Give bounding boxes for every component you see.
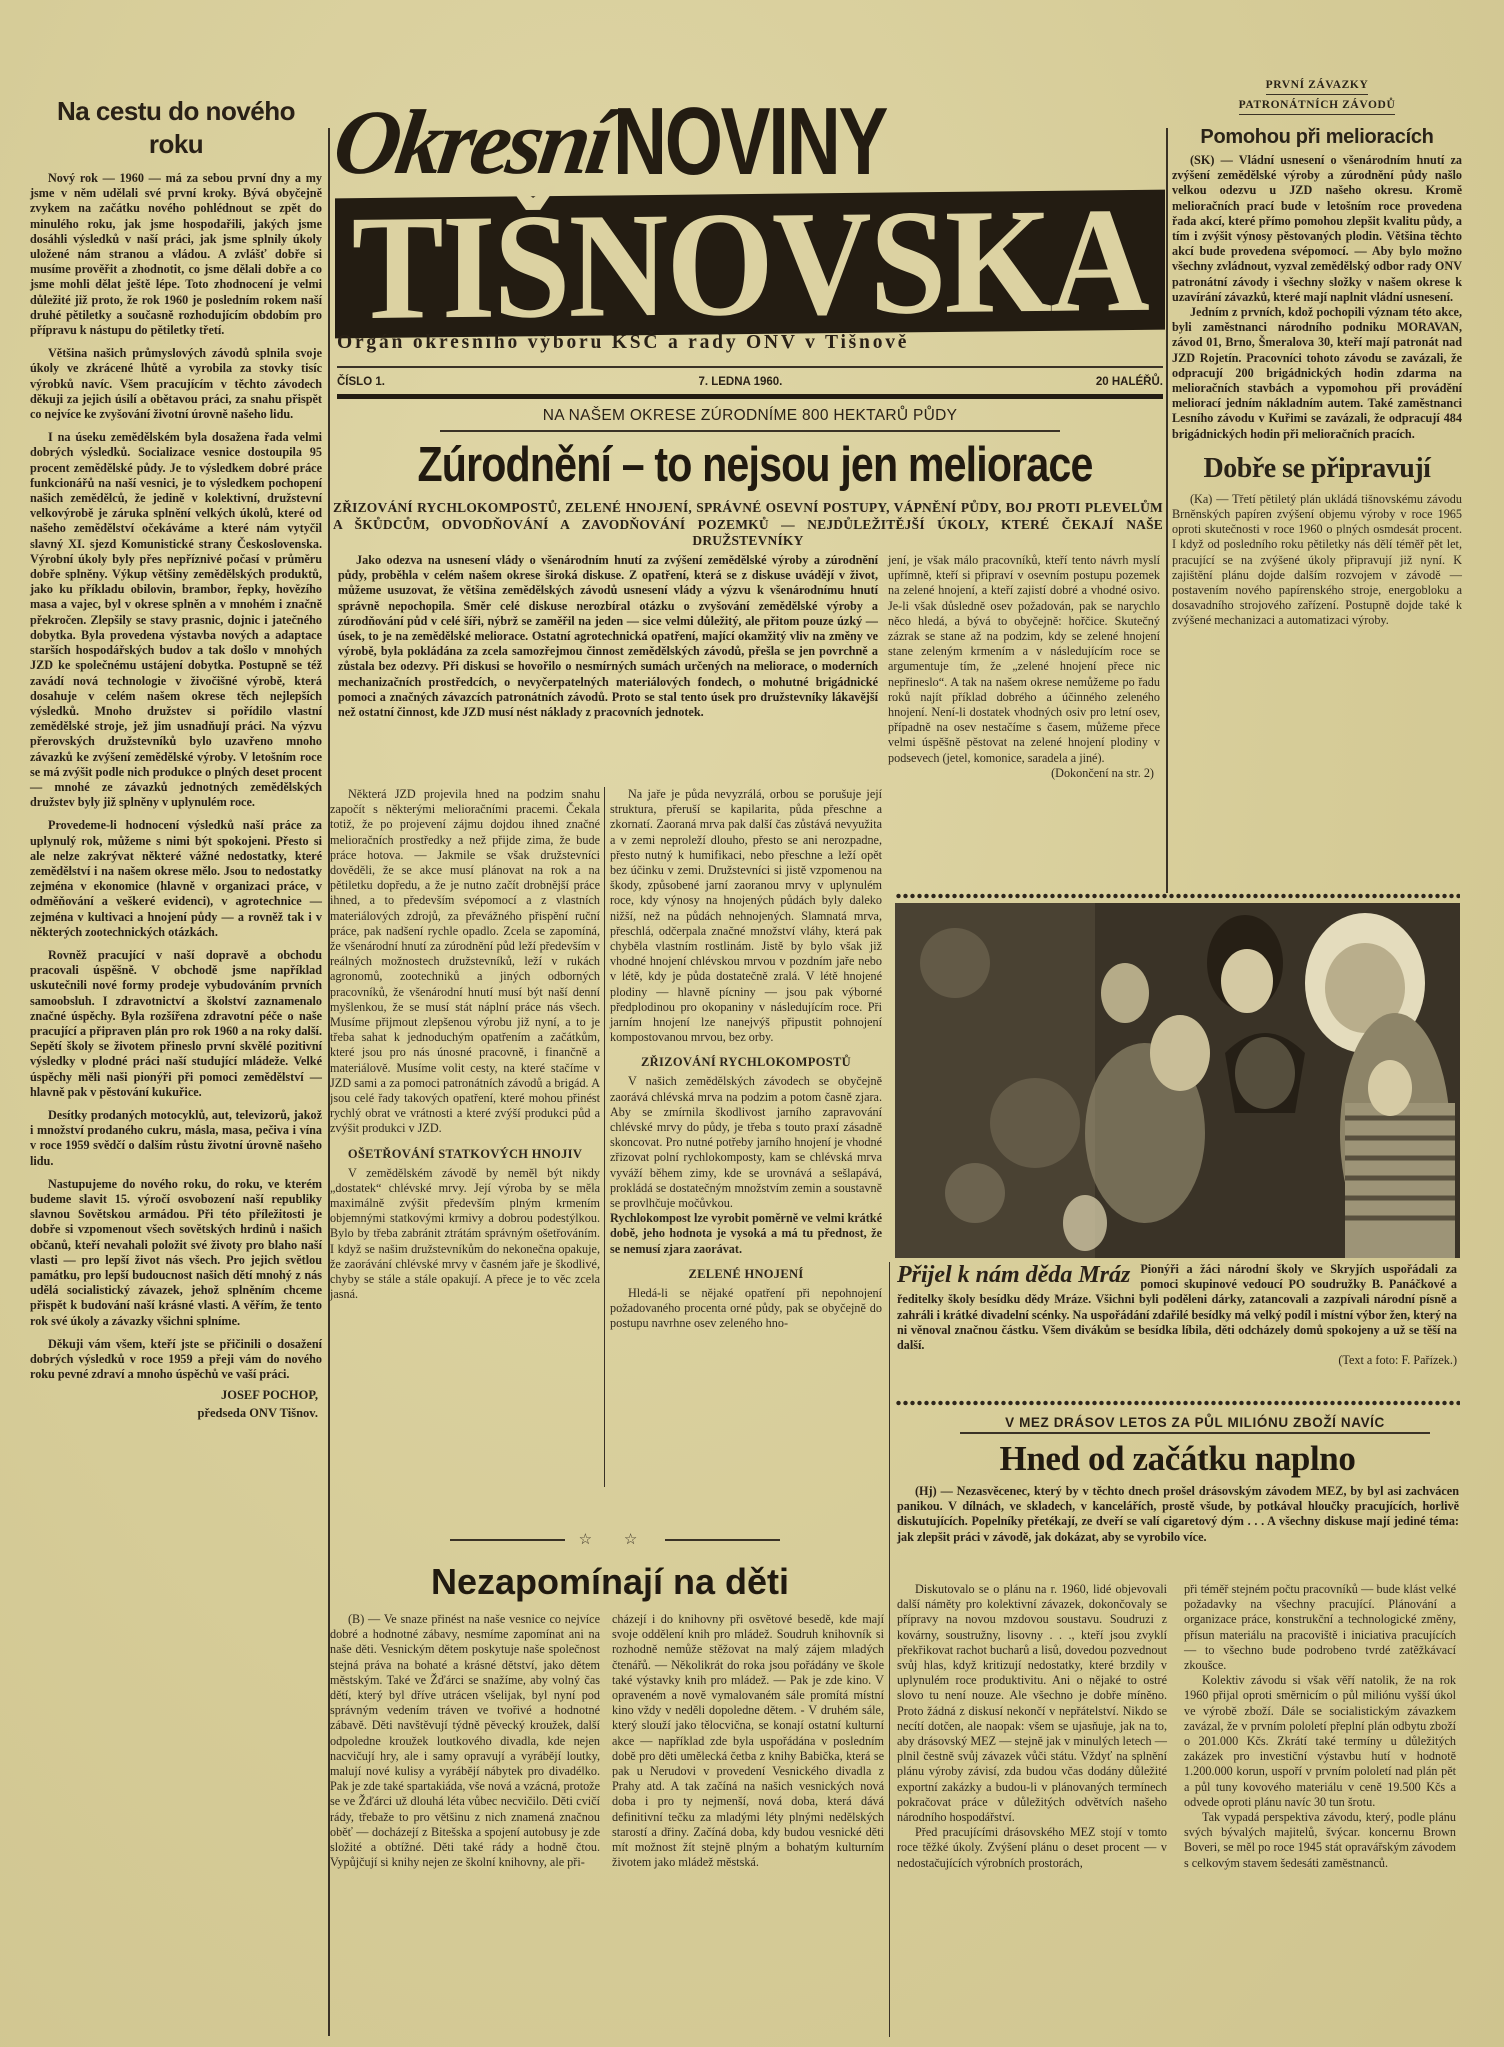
lead-column-3: jení, je však málo pracovníků, kteří ten…	[888, 553, 1160, 781]
paragraph: Tak vypadá perspektiva závodu, který, po…	[1184, 1810, 1456, 1871]
paragraph: Nastupujeme do nového roku, do roku, ve …	[30, 1177, 322, 1329]
paragraph: při téměř stejném počtu pracovníků — bud…	[1184, 1582, 1456, 1673]
photo-caption: Přijel k nám děda Mráz Pionýři a žáci ná…	[897, 1262, 1457, 1368]
mez-lead: (Hj) — Nezasvěcenec, který by v těchto d…	[897, 1484, 1459, 1545]
lead-kicker-rule	[440, 430, 1060, 432]
subhead: ZŘIZOVÁNÍ RYCHLOKOMPOSTŮ	[610, 1055, 882, 1070]
paragraph: Většina našich průmyslových závodů splni…	[30, 346, 322, 422]
right-kicker-line2: PATRONÁTNÍCH ZÁVODŮ	[1239, 98, 1396, 115]
subhead: OŠETŘOVÁNÍ STATKOVÝCH HNOJIV	[330, 1147, 600, 1162]
paragraph: V zemědělském závodě by neměl být nikdy …	[330, 1166, 600, 1303]
newspaper-page: Na cestu do nového roku Nový rok — 1960 …	[0, 0, 1504, 2047]
masthead-script-title: Okresní	[329, 96, 616, 188]
paragraph: Hledá-li se nějaké opatření při nepohnoj…	[610, 1286, 882, 1332]
paragraph: I na úseku zemědělském byla dosažena řad…	[30, 430, 322, 810]
paragraph: Provedeme-li hodnocení výsledků naší prá…	[30, 818, 322, 940]
right-article2-body: (Ka) — Třetí pětiletý plán ukládá tišnov…	[1172, 492, 1462, 629]
mez-kicker: V MEZ DRÁSOV LETOS ZA PŮL MILIÓNU ZBOŽÍ …	[960, 1415, 1430, 1434]
star-icons: ☆ ☆	[579, 1530, 652, 1549]
divider-line	[665, 1539, 780, 1541]
right-article2-title: Dobře se připravují	[1172, 452, 1462, 486]
divider-line	[450, 1539, 565, 1541]
right-article1-title: Pomohou při melioracích	[1172, 126, 1462, 149]
paragraph: Jako odezva na usnesení vlády o všenárod…	[338, 553, 878, 720]
issue-date: 7. LEDNA 1960.	[698, 376, 782, 388]
masthead-noviny: NOVINY	[613, 96, 886, 188]
paragraph: (SK) — Vládní usnesení o všenárodním hnu…	[1172, 153, 1462, 305]
signature: JOSEF POCHOP, předseda ONV Tišnov.	[30, 1386, 322, 1422]
paragraph: Desítky prodaných motocyklů, aut, televi…	[30, 1108, 322, 1169]
photo-ded-mraz	[895, 903, 1460, 1258]
masthead-bottom-rule	[337, 394, 1163, 399]
paragraph: V našich zemědělských závodech se obyčej…	[610, 1074, 882, 1211]
paragraph: (Ka) — Třetí pětiletý plán ukládá tišnov…	[1172, 492, 1462, 629]
right-column: PRVNÍ ZÁVAZKY PATRONÁTNÍCH ZÁVODŮ Pomoho…	[1172, 78, 1462, 629]
dotted-divider	[895, 1400, 1460, 1406]
lead-column-1: Některá JZD projevila hned na podzim sna…	[330, 787, 600, 1303]
star-divider: ☆ ☆	[450, 1530, 780, 1549]
paragraph: (B) — Ve snaze přinést na naše vesnice c…	[330, 1612, 600, 1870]
lead-kicker: NA NAŠEM OKRESE ZÚRODNÍME 800 HEKTARŮ PŮ…	[440, 407, 1060, 425]
signature-name: JOSEF POCHOP,	[30, 1386, 318, 1404]
mez-column-1: Diskutovalo se o plánu na r. 1960, lidé …	[897, 1582, 1167, 1871]
paragraph: Diskutovalo se o plánu na r. 1960, lidé …	[897, 1582, 1167, 1825]
paragraph: Nový rok — 1960 — má za sebou první dny …	[30, 171, 322, 338]
issue-number: ČÍSLO 1.	[337, 376, 385, 388]
right-kicker: PRVNÍ ZÁVAZKY PATRONÁTNÍCH ZÁVODŮ	[1172, 78, 1462, 118]
paragraph: cházejí i do knihovny při osvětové besed…	[612, 1612, 884, 1870]
masthead-banner: TIŠNOVSKA	[335, 190, 1165, 339]
issue-line: ČÍSLO 1. 7. LEDNA 1960. 20 HALÉŘŮ.	[337, 366, 1163, 388]
paragraph: Děkuji vám všem, kteří jste se přičinili…	[30, 1337, 322, 1383]
paragraph: Před pracujícími drásovského MEZ stojí v…	[897, 1825, 1167, 1871]
left-article: Na cestu do nového roku Nový rok — 1960 …	[30, 95, 322, 1422]
lead-column-2: Na jaře je půda nevyzrálá, orbou se poru…	[610, 787, 882, 1332]
kids-title: Nezapomínají na děti	[330, 1560, 890, 1604]
kids-column-2: cházejí i do knihovny při osvětové besed…	[612, 1612, 884, 1870]
column-divider	[604, 787, 605, 1487]
column-divider	[889, 1262, 890, 2037]
masthead-subtitle: Orgán okresního výboru KSČ a rady ONV v …	[337, 332, 1163, 354]
mez-column-2: při téměř stejném počtu pracovníků — bud…	[1184, 1582, 1456, 1871]
photo-image	[895, 903, 1460, 1258]
right-kicker-line1: PRVNÍ ZÁVAZKY	[1266, 78, 1369, 95]
masthead: Okresní NOVINY TIŠNOVSKA	[335, 88, 1165, 348]
lead-deck: ZŘIZOVÁNÍ RYCHLOKOMPOSTŮ, ZELENÉ HNOJENÍ…	[333, 500, 1163, 550]
paragraph: Jedním z prvních, kdož pochopili význam …	[1172, 305, 1462, 442]
right-article1-body: (SK) — Vládní usnesení o všenárodním hnu…	[1172, 153, 1462, 442]
column-divider	[1166, 128, 1168, 893]
paragraph: Kolektiv závodu si však věří natolik, že…	[1184, 1673, 1456, 1810]
issue-price: 20 HALÉŘŮ.	[1096, 376, 1163, 388]
paragraph: (Hj) — Nezasvěcenec, který by v těchto d…	[897, 1484, 1459, 1545]
photo-caption-title: Přijel k nám děda Mráz	[897, 1262, 1130, 1288]
dotted-divider	[895, 893, 1460, 899]
subhead: ZELENÉ HNOJENÍ	[610, 1267, 882, 1282]
signature-role: předseda ONV Tišnov.	[30, 1404, 318, 1422]
paragraph: Rovněž pracující v naší dopravě a obchod…	[30, 948, 322, 1100]
paragraph: Na jaře je půda nevyzrálá, orbou se poru…	[610, 787, 882, 1045]
lead-intro: Jako odezva na usnesení vlády o všenárod…	[338, 553, 878, 720]
paragraph-bold: Rychlokompost lze vyrobit poměrně ve vel…	[610, 1211, 882, 1257]
left-article-body: Nový rok — 1960 — má za sebou první dny …	[30, 171, 322, 1382]
masthead-main-title: TIŠNOVSKA	[352, 195, 1148, 333]
continued-note: (Dokončení na str. 2)	[888, 766, 1160, 781]
lead-title: Zúrodnění – to nejsou jen meliorace	[398, 436, 1112, 494]
photo-credit: (Text a foto: F. Pařízek.)	[897, 1353, 1457, 1368]
left-article-title: Na cestu do nového roku	[30, 95, 322, 161]
paragraph: Některá JZD projevila hned na podzim sna…	[330, 787, 600, 1137]
kids-column-1: (B) — Ve snaze přinést na naše vesnice c…	[330, 1612, 600, 1870]
paragraph: jení, je však málo pracovníků, kteří ten…	[888, 553, 1160, 766]
mez-title: Hned od začátku naplno	[895, 1437, 1460, 1481]
